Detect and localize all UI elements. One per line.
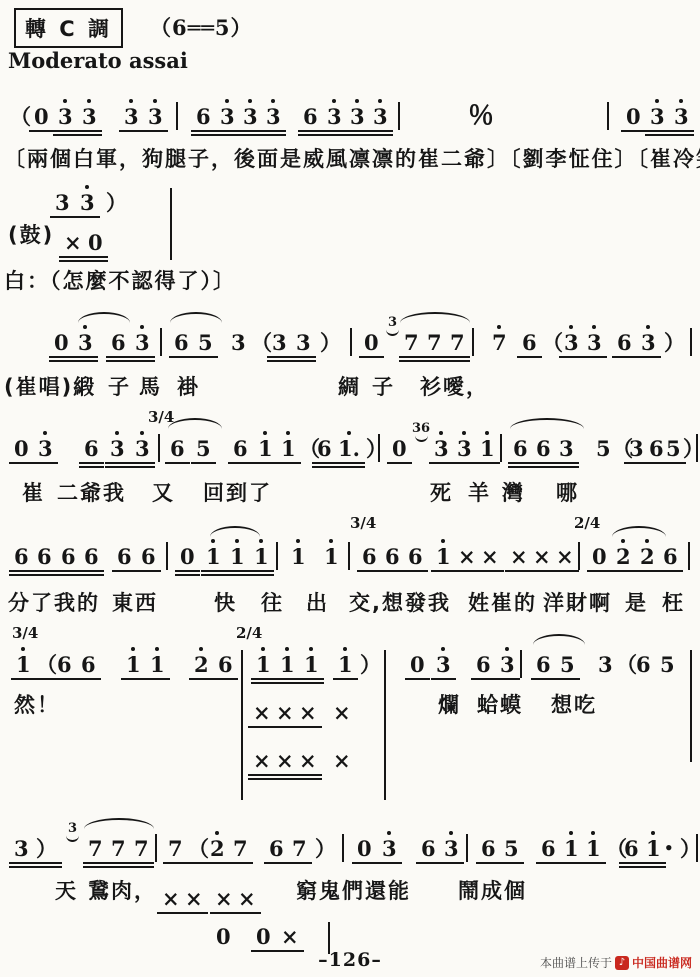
octave-dot-slot	[63, 96, 67, 104]
note-glyph: ×	[533, 544, 551, 568]
barline	[578, 536, 580, 570]
note-glyph: 3	[641, 330, 656, 354]
grace-tie	[386, 329, 399, 336]
note: 3	[559, 428, 574, 468]
grace-note: 3	[386, 316, 399, 336]
octave-dot	[651, 831, 655, 835]
octave-dot-slot	[225, 96, 229, 104]
octave-dot	[592, 325, 596, 329]
note-glyph: 6	[649, 436, 664, 460]
beam-line	[112, 570, 137, 572]
beam-line	[31, 862, 62, 864]
note-glyph: 1.	[338, 436, 360, 460]
lyric-text: 洋財啊	[543, 590, 612, 616]
note: 3	[436, 644, 451, 680]
barline	[155, 828, 157, 862]
octave-dot-slot	[285, 644, 289, 652]
note: 6	[481, 828, 496, 864]
note-glyph: 5	[560, 652, 575, 676]
octave-dot	[332, 99, 336, 103]
lyric-line-4: 天鵞肉，窮鬼們還能鬧成個××××	[0, 872, 700, 912]
octave-dot-slot	[497, 322, 501, 330]
beam-line	[645, 130, 670, 132]
lyric-text: 窮鬼們還能	[296, 878, 411, 904]
octave-dot	[497, 325, 501, 329]
beam-line	[612, 356, 637, 358]
percussion-stroke: ×	[333, 692, 351, 724]
music-line-6: 3）37777（2767）036365611（61•）	[0, 810, 700, 872]
lyric-text: 白：（怎麼不認得了）〕	[4, 268, 236, 294]
note: 0	[357, 828, 372, 864]
lyric-text: 二爺我	[57, 480, 126, 506]
beam-line	[641, 866, 666, 868]
beam-line	[357, 570, 382, 572]
note-glyph: 3	[135, 436, 150, 460]
lyric-text: 回到了	[203, 480, 272, 506]
note-glyph: 6	[303, 104, 318, 128]
note-glyph: 3	[135, 330, 150, 354]
beam-line	[106, 356, 131, 358]
beam-line	[294, 778, 322, 780]
beam-line	[129, 866, 154, 868]
lyric-text: 分了我的	[8, 590, 100, 616]
octave-dot-slot	[645, 536, 649, 544]
beam-line	[669, 130, 694, 132]
beam-line	[29, 130, 54, 132]
beam-line	[582, 356, 607, 358]
time-signature: 2/4	[236, 624, 262, 642]
note: 3	[272, 322, 287, 362]
beam-line	[275, 678, 300, 680]
beam-line	[56, 570, 81, 572]
music-line-2: 0363653（33）0377776（3363）	[0, 306, 700, 368]
note-glyph: 3	[350, 104, 365, 128]
note: 6	[385, 536, 400, 572]
note-glyph: ×	[281, 924, 299, 948]
beam-line	[129, 862, 154, 864]
note: 0	[392, 428, 407, 464]
note-glyph: 6	[663, 544, 678, 568]
octave-dot-slot	[296, 536, 300, 544]
note-glyph: ）	[315, 836, 336, 860]
percussion-stroke: ×	[215, 878, 233, 914]
beam-line	[191, 130, 216, 132]
note-glyph: ）	[360, 652, 381, 676]
beam-line	[399, 356, 424, 358]
note-glyph: 2	[616, 544, 631, 568]
beam-line	[251, 678, 276, 680]
beam-line	[559, 356, 584, 358]
note: 6	[636, 644, 651, 676]
note-glyph: 3	[382, 836, 397, 860]
beam-line	[294, 774, 322, 776]
note-glyph: 3	[564, 330, 579, 354]
note-glyph: 3	[373, 104, 388, 128]
octave-dot	[286, 431, 290, 435]
beam-line	[267, 360, 292, 362]
percussion-stroke: ×	[276, 740, 294, 780]
octave-dot	[343, 647, 347, 651]
octave-dot	[378, 99, 382, 103]
octave-dot	[271, 99, 275, 103]
parenthesis: ）	[106, 182, 127, 214]
beam-line	[299, 682, 324, 684]
beam-line	[228, 862, 253, 864]
note: 1.	[338, 428, 360, 468]
note-glyph: ）	[106, 190, 127, 214]
note: 1	[480, 428, 495, 464]
beam-line	[345, 130, 370, 132]
note: 7	[450, 322, 465, 362]
upload-note: 本曲谱上传于	[540, 954, 612, 971]
note: 5	[196, 428, 211, 464]
octave-dot	[129, 99, 133, 103]
beam-line	[635, 570, 660, 572]
octave-dot	[261, 647, 265, 651]
note: 0	[256, 916, 271, 952]
beam-line	[52, 678, 77, 680]
beam-line	[79, 466, 104, 468]
note-glyph: ×	[185, 886, 203, 910]
lyric-text: 出	[306, 590, 329, 616]
barline	[378, 428, 380, 462]
percussion-stroke: ×	[162, 878, 180, 914]
beam-line	[31, 866, 62, 868]
beam-line	[145, 678, 170, 680]
note: 5	[560, 644, 575, 680]
octave-dot-slot	[332, 96, 336, 104]
note-glyph: 1	[206, 544, 221, 568]
beam-line	[554, 462, 579, 464]
stage-direction-line: 〔兩個白軍，狗腿子，後面是威風凛凛的崔二爺〕〔劉李怔住〕〔崔冷笑	[0, 140, 700, 180]
beam-line	[322, 134, 347, 136]
note: 7	[292, 828, 307, 864]
note-glyph: ×	[162, 886, 180, 910]
barline	[160, 322, 162, 356]
octave-dot-slot	[441, 536, 445, 544]
octave-dot	[263, 431, 267, 435]
percussion-stroke: ×	[556, 536, 574, 572]
beam-line	[201, 570, 226, 572]
octave-dot	[87, 99, 91, 103]
note: 6	[14, 536, 29, 576]
beam-line	[130, 360, 155, 362]
beam-line	[32, 570, 57, 572]
note: 6	[37, 536, 52, 576]
octave-dot-slot	[462, 428, 466, 436]
note-glyph: 1	[436, 544, 451, 568]
note-glyph: 2	[640, 544, 655, 568]
beam-line	[106, 360, 131, 362]
beam-line	[261, 134, 286, 136]
note: 0	[14, 428, 29, 464]
octave-dot	[115, 431, 119, 435]
note-glyph: 6	[408, 544, 423, 568]
beam-line	[83, 862, 108, 864]
note: 1	[256, 644, 271, 684]
beam-line	[77, 134, 102, 136]
beam-line	[554, 466, 579, 468]
octave-dot-slot	[592, 322, 596, 330]
beam-line	[475, 462, 500, 464]
note: 6	[362, 536, 377, 572]
note-glyph: 1	[16, 652, 31, 676]
octave-dot-slot	[215, 828, 219, 836]
note-glyph: 1	[304, 652, 319, 676]
note-glyph: 1	[338, 652, 353, 676]
grace-tie	[66, 835, 79, 842]
note: 3	[457, 428, 472, 464]
note-glyph: 0	[364, 330, 379, 354]
note-glyph: 3	[78, 330, 93, 354]
beam-line	[32, 574, 57, 576]
note: 3	[220, 96, 235, 136]
note-glyph: 3	[457, 436, 472, 460]
barline	[466, 828, 468, 862]
note: 5	[596, 428, 611, 460]
barline	[500, 428, 502, 462]
octave-dot	[569, 831, 573, 835]
note-glyph: 6	[536, 652, 551, 676]
lyric-text: 死	[430, 480, 453, 506]
beam-line	[79, 570, 104, 572]
header-row: 轉 C 調 （6══5）	[0, 0, 700, 48]
parenthesis: ）	[36, 828, 57, 868]
note: 7	[427, 322, 442, 362]
note: 6	[317, 428, 332, 468]
score-body: （0333363336333％033〔兩個白軍，狗腿子，後面是威風凛凛的崔二爺〕…	[0, 82, 700, 948]
lyric-text: 枉	[662, 590, 685, 616]
beam-line	[275, 682, 300, 684]
duration-dot: •	[664, 828, 674, 860]
note: 1	[230, 536, 245, 576]
beam-line	[298, 130, 323, 132]
note-glyph: 5	[660, 652, 675, 676]
beam-line	[499, 862, 524, 864]
note: 6	[624, 828, 639, 868]
barline-stroke	[607, 102, 609, 130]
beam-line	[669, 134, 694, 136]
note: 6	[117, 536, 132, 572]
beam-line	[531, 466, 556, 468]
beam-line	[193, 356, 218, 358]
note-glyph: ×	[333, 700, 351, 724]
music-line-4: 3/42/46666660111116661×××××0226	[0, 514, 700, 584]
beam-line	[399, 360, 424, 362]
note-glyph: （	[188, 836, 209, 860]
note-glyph: 7	[233, 836, 248, 860]
beam-line	[387, 462, 412, 464]
note-glyph: 3	[58, 104, 73, 128]
barline-stroke	[160, 328, 162, 356]
barline-stroke	[520, 650, 522, 678]
note: 1	[258, 428, 273, 464]
barline-stroke	[155, 834, 157, 862]
octave-dot-slot	[131, 644, 135, 652]
beam-line	[416, 862, 441, 864]
note-glyph: 1	[564, 836, 579, 860]
note: 3	[434, 428, 449, 464]
note-glyph: 6	[541, 836, 556, 860]
octave-dot-slot	[140, 428, 144, 436]
music-line-1: （0333363336333％033	[0, 82, 700, 140]
note-glyph: 6	[536, 436, 551, 460]
note-glyph: 6	[61, 544, 76, 568]
barline	[696, 828, 698, 862]
octave-dot	[679, 99, 683, 103]
octave-dot	[591, 831, 595, 835]
note: 6	[649, 428, 664, 464]
note-glyph: 1	[258, 436, 273, 460]
beam-line	[368, 130, 393, 132]
barline	[348, 536, 350, 570]
note-glyph: 3	[220, 104, 235, 128]
beam-line	[429, 462, 454, 464]
grace-tie	[415, 435, 428, 442]
beam-line	[143, 130, 168, 132]
lyric-line-3: 分了我的東西快往出交,想發我姓崔的洋財啊是枉	[0, 584, 700, 624]
parenthesis: （	[616, 644, 637, 676]
note: 0	[364, 322, 379, 358]
note-glyph: 3	[650, 104, 665, 128]
lyric-text: 爛	[438, 692, 461, 718]
octave-dot-slot	[347, 428, 351, 436]
beam-line	[56, 574, 81, 576]
octave-dot-slot	[569, 322, 573, 330]
lyric-text: 羊	[468, 480, 491, 506]
note-glyph: 7	[111, 836, 126, 860]
note: 5	[666, 428, 681, 464]
note-glyph: 3	[434, 436, 449, 460]
note: 1	[564, 828, 579, 864]
note: 6	[522, 322, 537, 358]
key-change-label: 轉 C 調	[25, 17, 112, 41]
note-glyph: 3	[674, 104, 689, 128]
beam-line	[205, 862, 230, 864]
note-glyph: 1	[291, 544, 306, 568]
octave-dot	[43, 431, 47, 435]
note-glyph: 6	[421, 836, 436, 860]
lyric-text: 鬧成個	[458, 878, 527, 904]
barline-stroke	[276, 542, 278, 570]
note: 3	[55, 182, 70, 218]
note-glyph: 0	[54, 330, 69, 354]
note-glyph: •	[664, 836, 674, 860]
note-glyph: 3	[80, 190, 95, 214]
note-glyph: 1	[150, 652, 165, 676]
parenthesis: （	[188, 828, 209, 864]
note-glyph: 5	[666, 436, 681, 460]
note: 0	[626, 96, 641, 132]
octave-dot	[569, 325, 573, 329]
parenthesis: （	[36, 644, 57, 680]
note: 3	[82, 96, 97, 136]
note: 0	[88, 222, 103, 262]
beam-line	[175, 570, 200, 572]
beam-line	[33, 462, 58, 464]
parenthesis: ）	[320, 322, 341, 354]
lyric-text: (崔唱)緞	[4, 374, 96, 400]
octave-dot	[21, 647, 25, 651]
octave-dot	[505, 647, 509, 651]
note: 3	[78, 322, 93, 362]
note: 6	[536, 428, 551, 468]
octave-dot-slot	[211, 536, 215, 544]
note-glyph: 5	[596, 436, 611, 460]
barline	[607, 96, 609, 130]
beam-line	[249, 570, 274, 572]
grace-note: 3	[66, 822, 79, 842]
note-glyph: ×	[299, 748, 317, 772]
note: 7	[88, 828, 103, 868]
note-glyph: 6	[481, 836, 496, 860]
note-glyph: 6	[141, 544, 156, 568]
percussion-stroke: ×	[299, 692, 317, 728]
note: 3	[382, 828, 397, 864]
note: 1	[150, 644, 165, 680]
lyric-text: 子	[108, 374, 131, 400]
beam-line	[619, 866, 644, 868]
note-glyph: （	[251, 330, 272, 354]
site-name: 中国曲谱网	[632, 954, 692, 971]
note-glyph: 3	[587, 330, 602, 354]
percussion-stroke: ×	[481, 536, 499, 572]
parenthesis: （	[10, 96, 31, 128]
note-glyph: ×	[253, 748, 271, 772]
beam-line	[213, 678, 238, 680]
note-glyph: 1	[480, 436, 495, 460]
note-glyph: 3	[38, 436, 53, 460]
page-number: –126–	[318, 949, 382, 971]
time-signature: 3/4	[350, 514, 376, 532]
beam-line	[531, 462, 556, 464]
note-glyph: 6	[617, 330, 632, 354]
note-glyph: ）	[36, 836, 57, 860]
parenthesis: ）	[366, 428, 387, 460]
lyric-text: 鵞肉，	[88, 878, 157, 904]
percussion-stroke: ×	[253, 692, 271, 728]
octave-dot	[199, 647, 203, 651]
note: 1	[254, 536, 269, 576]
octave-dot	[645, 539, 649, 543]
note: 6	[408, 536, 423, 572]
beam-line	[49, 360, 74, 362]
beam-line	[253, 462, 278, 464]
octave-dot	[355, 99, 359, 103]
note-glyph: 1	[280, 652, 295, 676]
note-glyph: 3	[444, 836, 459, 860]
barline	[398, 96, 400, 130]
note: 7	[233, 828, 248, 864]
octave-dot	[140, 325, 144, 329]
percussion-line-2: ××××	[0, 734, 700, 784]
note-glyph: 1	[254, 544, 269, 568]
note: 1	[304, 644, 319, 684]
note-glyph: 6	[117, 544, 132, 568]
octave-dot	[296, 539, 300, 543]
note-glyph: 36	[412, 422, 430, 435]
note-glyph: ×	[481, 544, 499, 568]
parenthesis: ）	[664, 322, 685, 354]
beam-line	[76, 678, 101, 680]
octave-dot	[153, 99, 157, 103]
note-glyph: 7	[492, 330, 507, 354]
beam-line	[130, 356, 155, 358]
note: 6	[303, 96, 318, 136]
tempo-marking: Moderato assai	[0, 48, 700, 82]
note: 2	[194, 644, 209, 680]
beam-line	[431, 678, 456, 680]
